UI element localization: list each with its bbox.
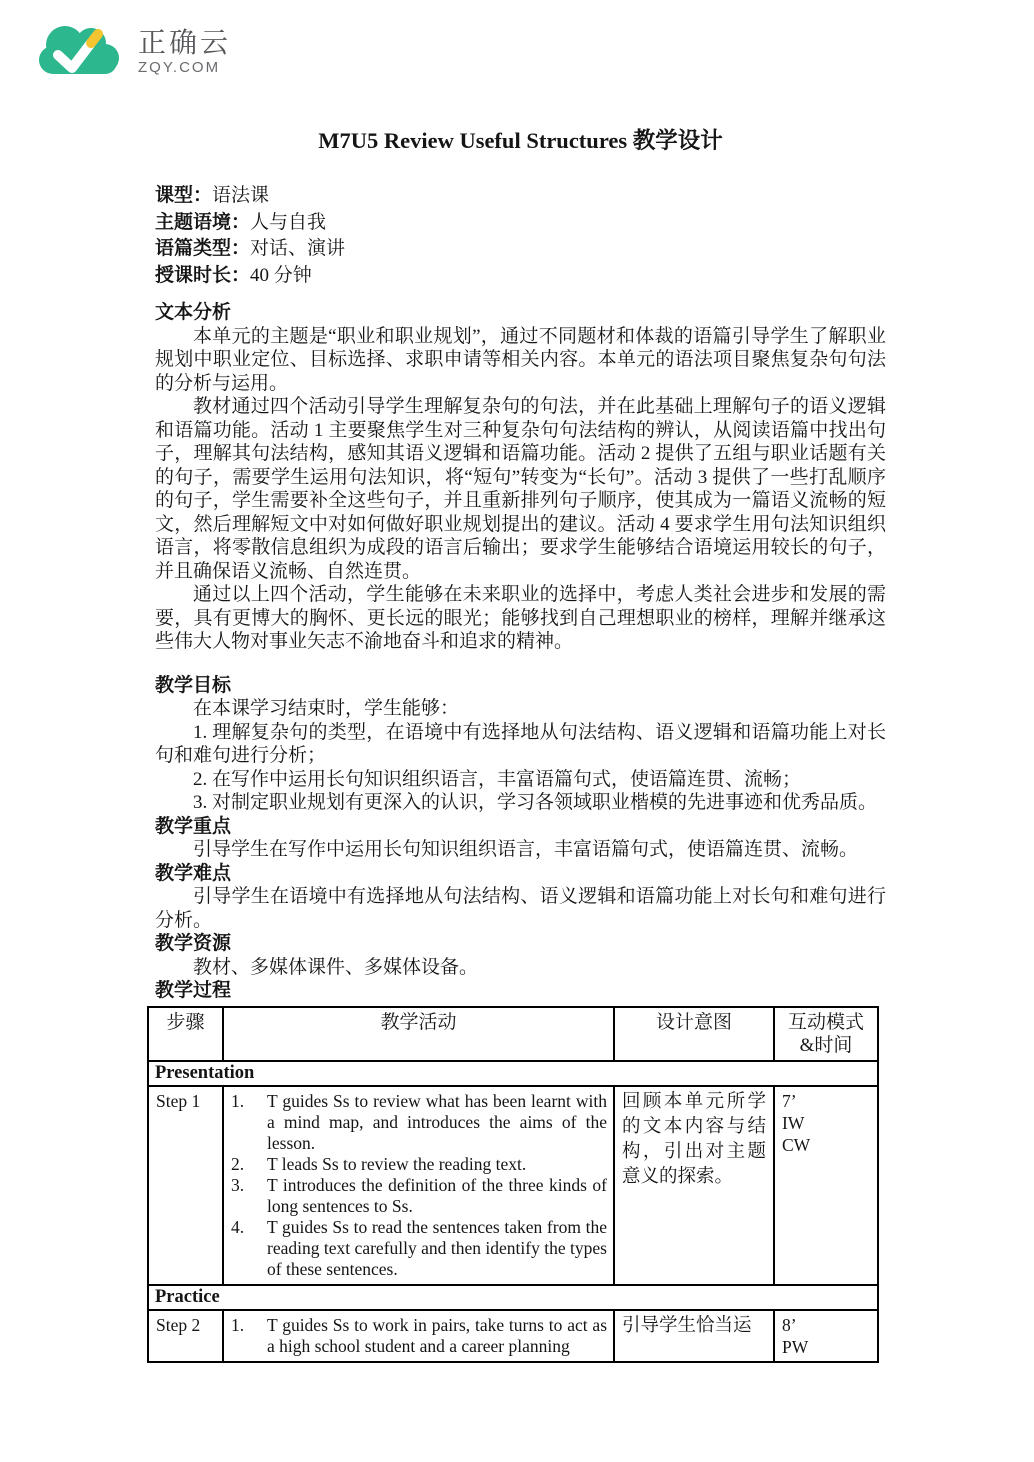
- mode-time-line: 7’: [782, 1090, 870, 1112]
- activity-text: T guides Ss to read the sentences taken …: [267, 1217, 607, 1280]
- meta-value: 对话、演讲: [250, 238, 345, 259]
- mode-time-line: CW: [782, 1134, 870, 1156]
- column-header-activity: 教学活动: [223, 1007, 614, 1061]
- paragraph: 引导学生在语境中有选择地从句法结构、语义逻辑和语篇功能上对长句和难句进行分析。: [155, 885, 886, 932]
- lesson-meta: 课型：语法课 主题语境：人与自我 语篇类型：对话、演讲 授课时长：40 分钟: [155, 183, 886, 289]
- meta-label: 课型：: [155, 185, 212, 206]
- table-row-step-2: Step 2 1. T guides Ss to work in pairs, …: [148, 1310, 878, 1362]
- objective-item-3: 3. 对制定职业规划有更深入的认识，学习各领域职业楷模的先进事迹和优秀品质。: [155, 791, 886, 815]
- table-row-group-practice: Practice: [148, 1285, 878, 1310]
- activity-item: 1. T guides Ss to review what has been l…: [231, 1091, 607, 1154]
- table-row-group-presentation: Presentation: [148, 1061, 878, 1086]
- step-label: Step 1: [148, 1086, 223, 1285]
- activities-cell: 1. T guides Ss to review what has been l…: [223, 1086, 614, 1285]
- paragraph: 教材通过四个活动引导学生理解复杂句的句法，并在此基础上理解句子的语义逻辑和语篇功…: [155, 395, 886, 583]
- brand-name: 正确云: [138, 28, 231, 57]
- meta-value: 语法课: [212, 185, 269, 206]
- activity-number: 4.: [231, 1217, 267, 1280]
- activity-number: 3.: [231, 1175, 267, 1217]
- section-heading-teaching-difficulty: 教学难点: [155, 862, 886, 886]
- meta-row-course-type: 课型：语法课: [155, 183, 886, 210]
- activity-number: 1.: [231, 1315, 267, 1357]
- objective-item-2: 2. 在写作中运用长句知识组织语言，丰富语篇句式，使语篇连贯、流畅；: [155, 768, 886, 792]
- mode-time-line: 8’: [782, 1314, 870, 1336]
- document-page: 正确云 ZQY.COM M7U5 Review Useful Structure…: [0, 0, 1034, 1462]
- meta-label: 主题语境：: [155, 212, 250, 233]
- activity-number: 1.: [231, 1091, 267, 1154]
- activity-text: T guides Ss to review what has been lear…: [267, 1091, 607, 1154]
- activity-number: 2.: [231, 1154, 267, 1175]
- column-header-step: 步骤: [148, 1007, 223, 1061]
- activity-item: 3. T introduces the definition of the th…: [231, 1175, 607, 1217]
- mode-time-line: IW: [782, 1112, 870, 1134]
- paragraph: 通过以上四个活动，学生能够在未来职业的选择中，考虑人类社会进步和发展的需要，具有…: [155, 583, 886, 654]
- meta-row-text-type: 语篇类型：对话、演讲: [155, 236, 886, 263]
- meta-value: 40 分钟: [250, 265, 312, 286]
- activities-cell: 1. T guides Ss to work in pairs, take tu…: [223, 1310, 614, 1362]
- mode-time-line: PW: [782, 1336, 870, 1358]
- meta-label: 语篇类型：: [155, 238, 250, 259]
- mode-time-cell: 7’ IW CW: [774, 1086, 878, 1285]
- page-title: M7U5 Review Useful Structures 教学设计: [155, 126, 886, 156]
- table-header-row: 步骤 教学活动 设计意图 互动模式 &时间: [148, 1007, 878, 1061]
- column-header-intent: 设计意图: [614, 1007, 774, 1061]
- section-heading-teaching-focus: 教学重点: [155, 815, 886, 839]
- activity-item: 4. T guides Ss to read the sentences tak…: [231, 1217, 607, 1280]
- checkmark-cloud-icon: [33, 20, 127, 84]
- section-heading-teaching-process: 教学过程: [155, 979, 886, 1003]
- meta-row-duration: 授课时长：40 分钟: [155, 263, 886, 290]
- group-label-practice: Practice: [148, 1285, 878, 1310]
- activity-item: 2. T leads Ss to review the reading text…: [231, 1154, 607, 1175]
- document-content: M7U5 Review Useful Structures 教学设计 课型：语法…: [155, 126, 886, 1363]
- activity-text: T leads Ss to review the reading text.: [267, 1154, 607, 1175]
- meta-row-theme-context: 主题语境：人与自我: [155, 210, 886, 237]
- section-heading-teaching-objectives: 教学目标: [155, 674, 886, 698]
- step-label: Step 2: [148, 1310, 223, 1362]
- logo-text: 正确云 ZQY.COM: [138, 28, 231, 75]
- paragraph: 本单元的主题是“职业和职业规划”，通过不同题材和体裁的语篇引导学生了解职业规划中…: [155, 325, 886, 396]
- lesson-process-table: 步骤 教学活动 设计意图 互动模式 &时间 Presentation Step …: [147, 1006, 879, 1363]
- paragraph: 教材、多媒体课件、多媒体设备。: [155, 956, 886, 980]
- section-heading-teaching-resources: 教学资源: [155, 932, 886, 956]
- activity-item: 1. T guides Ss to work in pairs, take tu…: [231, 1315, 607, 1357]
- design-intent-cell: 回顾本单元所学的文本内容与结构，引出对主题意义的探索。: [614, 1086, 774, 1285]
- brand-domain: ZQY.COM: [138, 60, 231, 76]
- objective-item-1: 1. 理解复杂句的类型，在语境中有选择地从句法结构、语义逻辑和语篇功能上对长句和…: [155, 721, 886, 768]
- meta-label: 授课时长：: [155, 265, 250, 286]
- paragraph: 在本课学习结束时，学生能够：: [155, 697, 886, 721]
- design-intent-cell: 引导学生恰当运: [614, 1310, 774, 1362]
- table-row-step-1: Step 1 1. T guides Ss to review what has…: [148, 1086, 878, 1285]
- column-header-mode-time: 互动模式 &时间: [774, 1007, 878, 1061]
- section-heading-text-analysis: 文本分析: [155, 301, 886, 325]
- activity-text: T introduces the definition of the three…: [267, 1175, 607, 1217]
- group-label-presentation: Presentation: [148, 1061, 878, 1086]
- meta-value: 人与自我: [250, 212, 326, 233]
- paragraph: 引导学生在写作中运用长句知识组织语言，丰富语篇句式，使语篇连贯、流畅。: [155, 838, 886, 862]
- zqy-logo: 正确云 ZQY.COM: [33, 20, 231, 84]
- mode-time-cell: 8’ PW: [774, 1310, 878, 1362]
- activity-text: T guides Ss to work in pairs, take turns…: [267, 1315, 607, 1357]
